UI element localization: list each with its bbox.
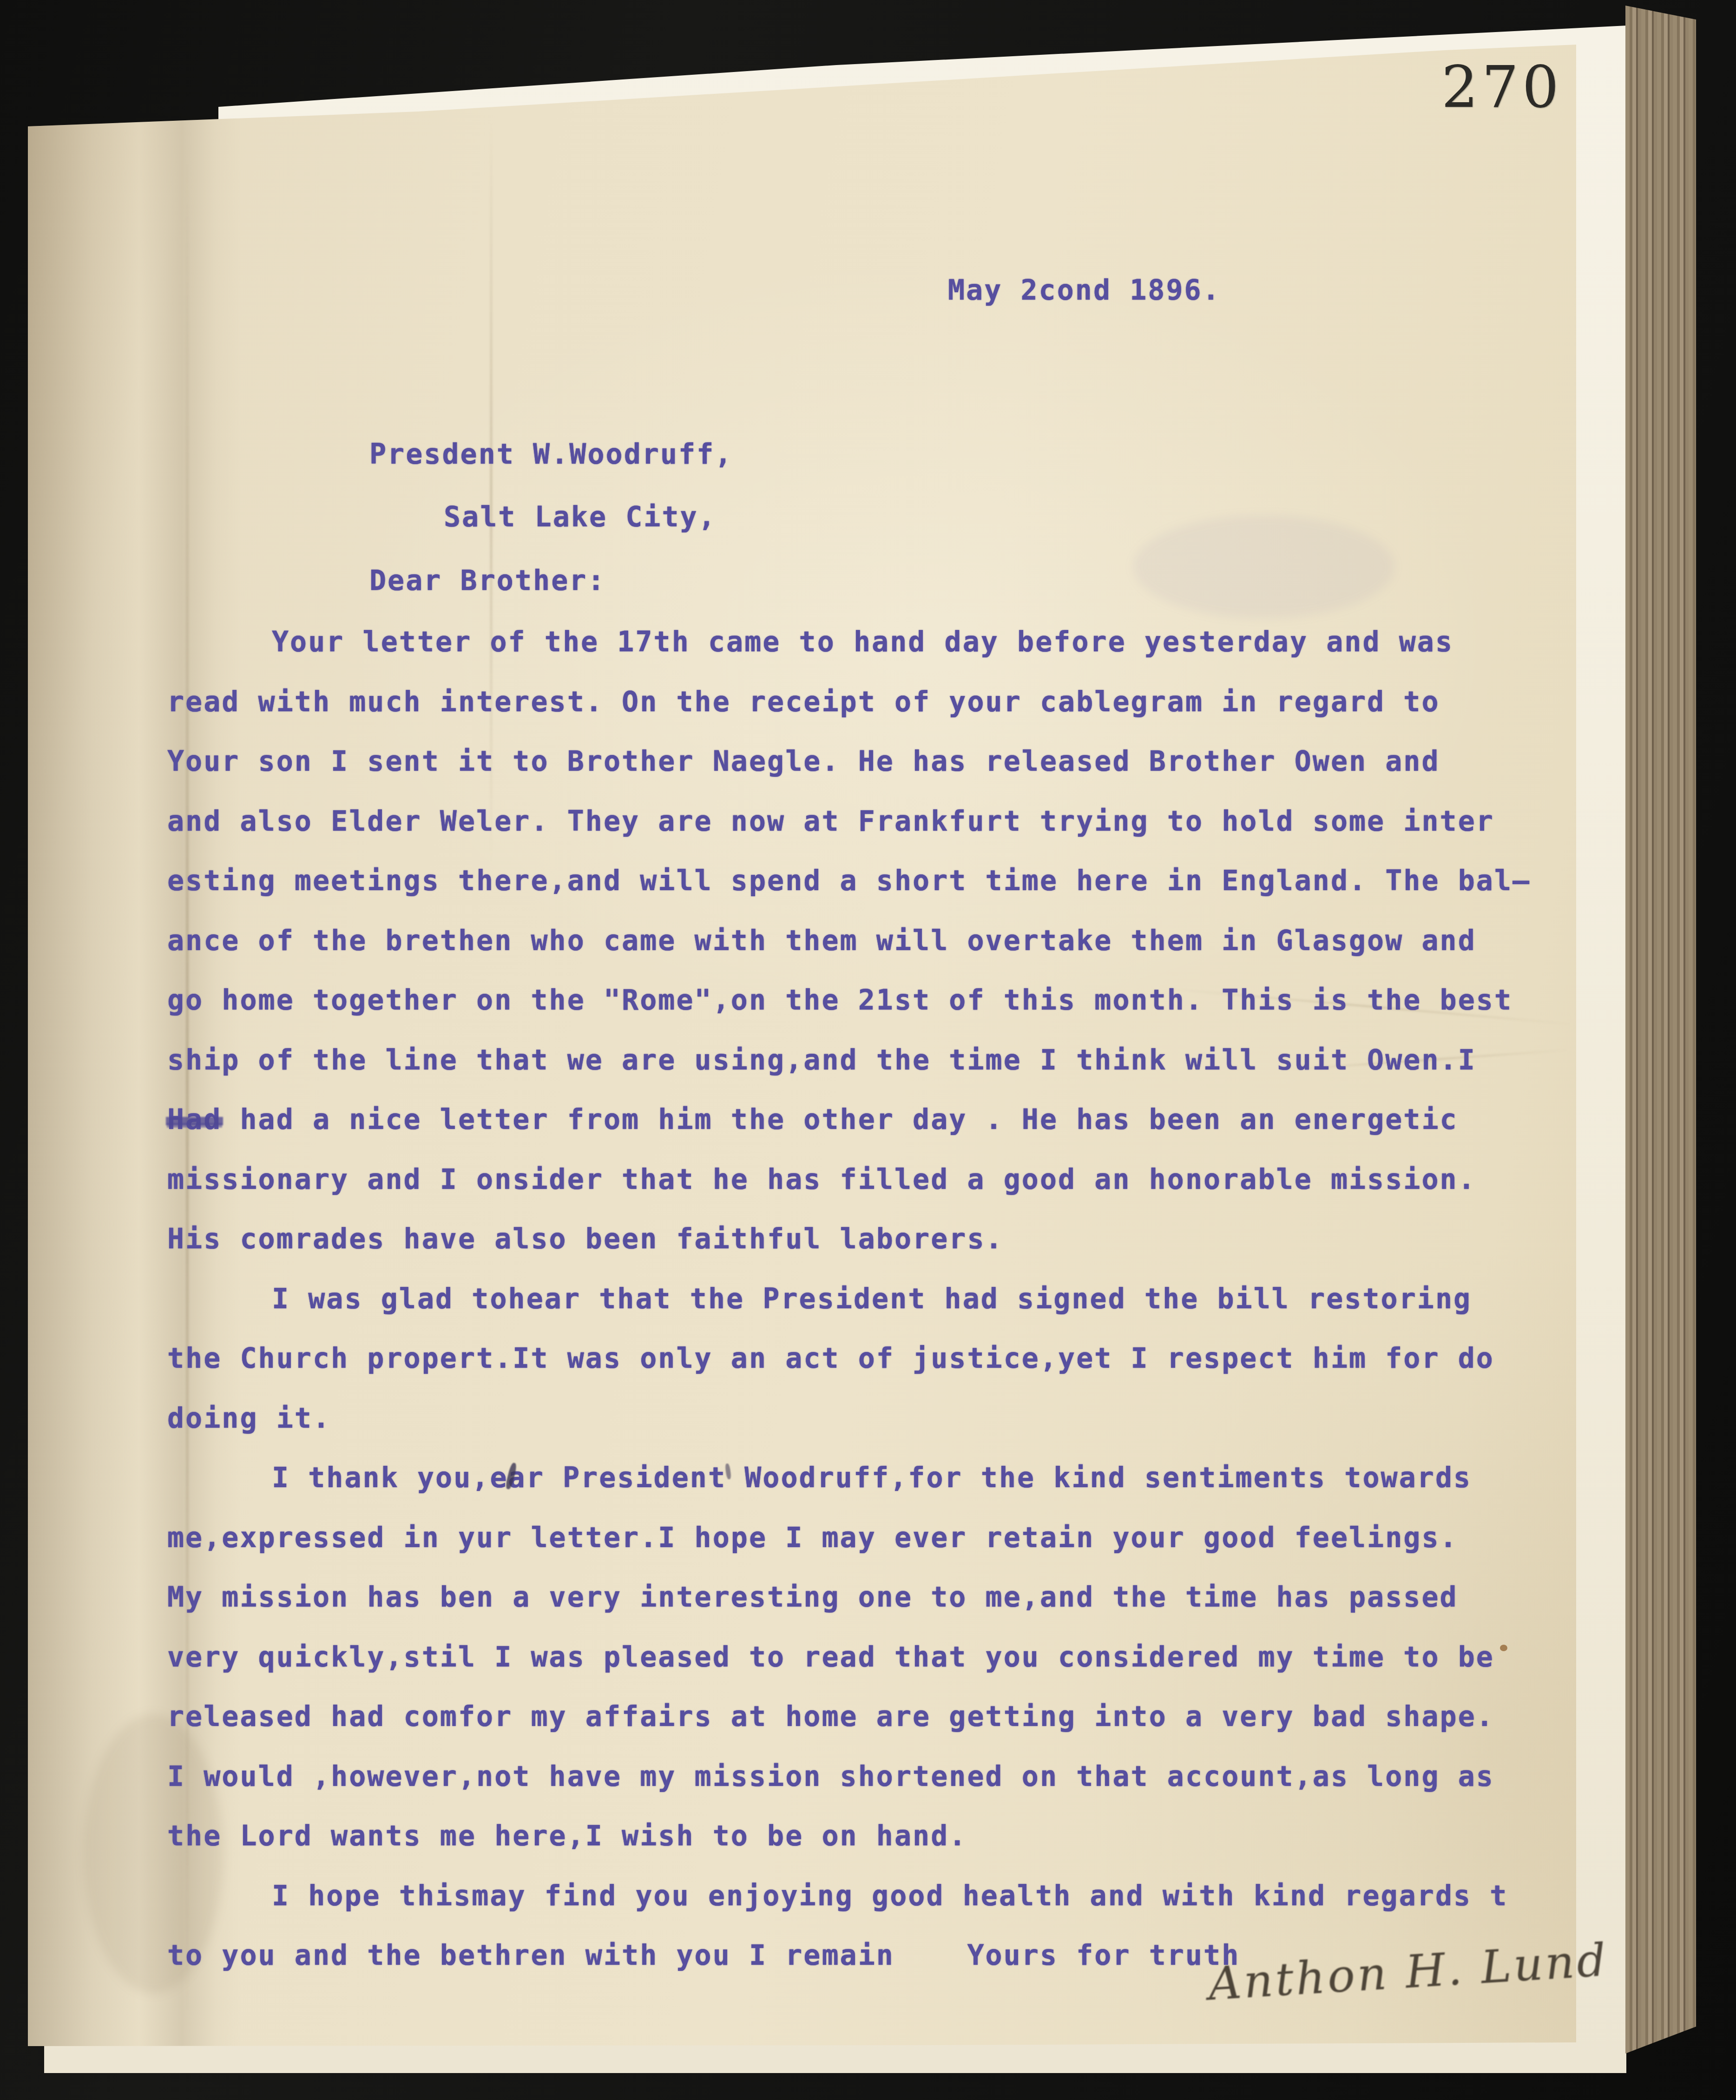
paper-fleck bbox=[1500, 1645, 1507, 1651]
scanned-letter-page: 270 May 2cond 1896. Presdent W.Woodruff,… bbox=[0, 0, 1736, 2100]
body-line: I was glad tohear that the President had… bbox=[272, 1285, 1472, 1313]
recipient-name-line: Presdent W.Woodruff, bbox=[369, 440, 733, 468]
body-line: me,expressed in yur letter.I hope I may … bbox=[167, 1524, 1458, 1552]
body-line: I thank you,ear President Woodruff,for t… bbox=[272, 1464, 1472, 1492]
body-line: the Lord wants me here,I wish to be on h… bbox=[167, 1822, 967, 1850]
body-line: very quickly,stil I was pleased to read … bbox=[167, 1643, 1494, 1671]
body-line-text: had a nice letter from him the other day… bbox=[222, 1103, 1458, 1136]
body-line: doing it. bbox=[167, 1404, 331, 1432]
body-line: His comrades have also been faithful lab… bbox=[167, 1225, 1004, 1253]
ink-bleed-stain bbox=[1134, 516, 1394, 618]
struck-word: Had bbox=[167, 1106, 222, 1134]
body-line: My mission has ben a very interesting on… bbox=[167, 1583, 1458, 1611]
body-line: missionary and I onsider that he has fil… bbox=[167, 1166, 1476, 1194]
body-line: Your letter of the 17th came to hand day… bbox=[272, 628, 1453, 656]
body-line: esting meetings there,and will spend a s… bbox=[167, 867, 1531, 895]
body-line: the Church propert.It was only an act of… bbox=[167, 1345, 1494, 1372]
date-line: May 2cond 1896. bbox=[948, 276, 1221, 304]
body-line: Had had a nice letter from him the other… bbox=[167, 1106, 1458, 1134]
body-line: to you and the bethren with you I remain… bbox=[167, 1942, 1240, 1969]
salutation-line: Dear Brother: bbox=[369, 567, 606, 595]
body-line: I would ,however,not have my mission sho… bbox=[167, 1763, 1494, 1791]
recipient-city-line: Salt Lake City, bbox=[444, 503, 717, 531]
page-number-stamp: 270 bbox=[1441, 59, 1563, 116]
body-line: ship of the line that we are using,and t… bbox=[167, 1046, 1476, 1074]
body-line: Your son I sent it to Brother Naegle. He… bbox=[167, 748, 1440, 775]
body-line: read with much interest. On the receipt … bbox=[167, 688, 1440, 716]
body-line: go home together on the "Rome",on the 21… bbox=[167, 986, 1512, 1014]
book-page-stack bbox=[1625, 6, 1696, 2054]
body-line: ance of the brethen who came with them w… bbox=[167, 927, 1476, 955]
body-line: I hope thismay find you enjoying good he… bbox=[272, 1882, 1508, 1910]
body-line: and also Elder Weler. They are now at Fr… bbox=[167, 807, 1494, 835]
body-line: released had comfor my affairs at home a… bbox=[167, 1703, 1494, 1731]
